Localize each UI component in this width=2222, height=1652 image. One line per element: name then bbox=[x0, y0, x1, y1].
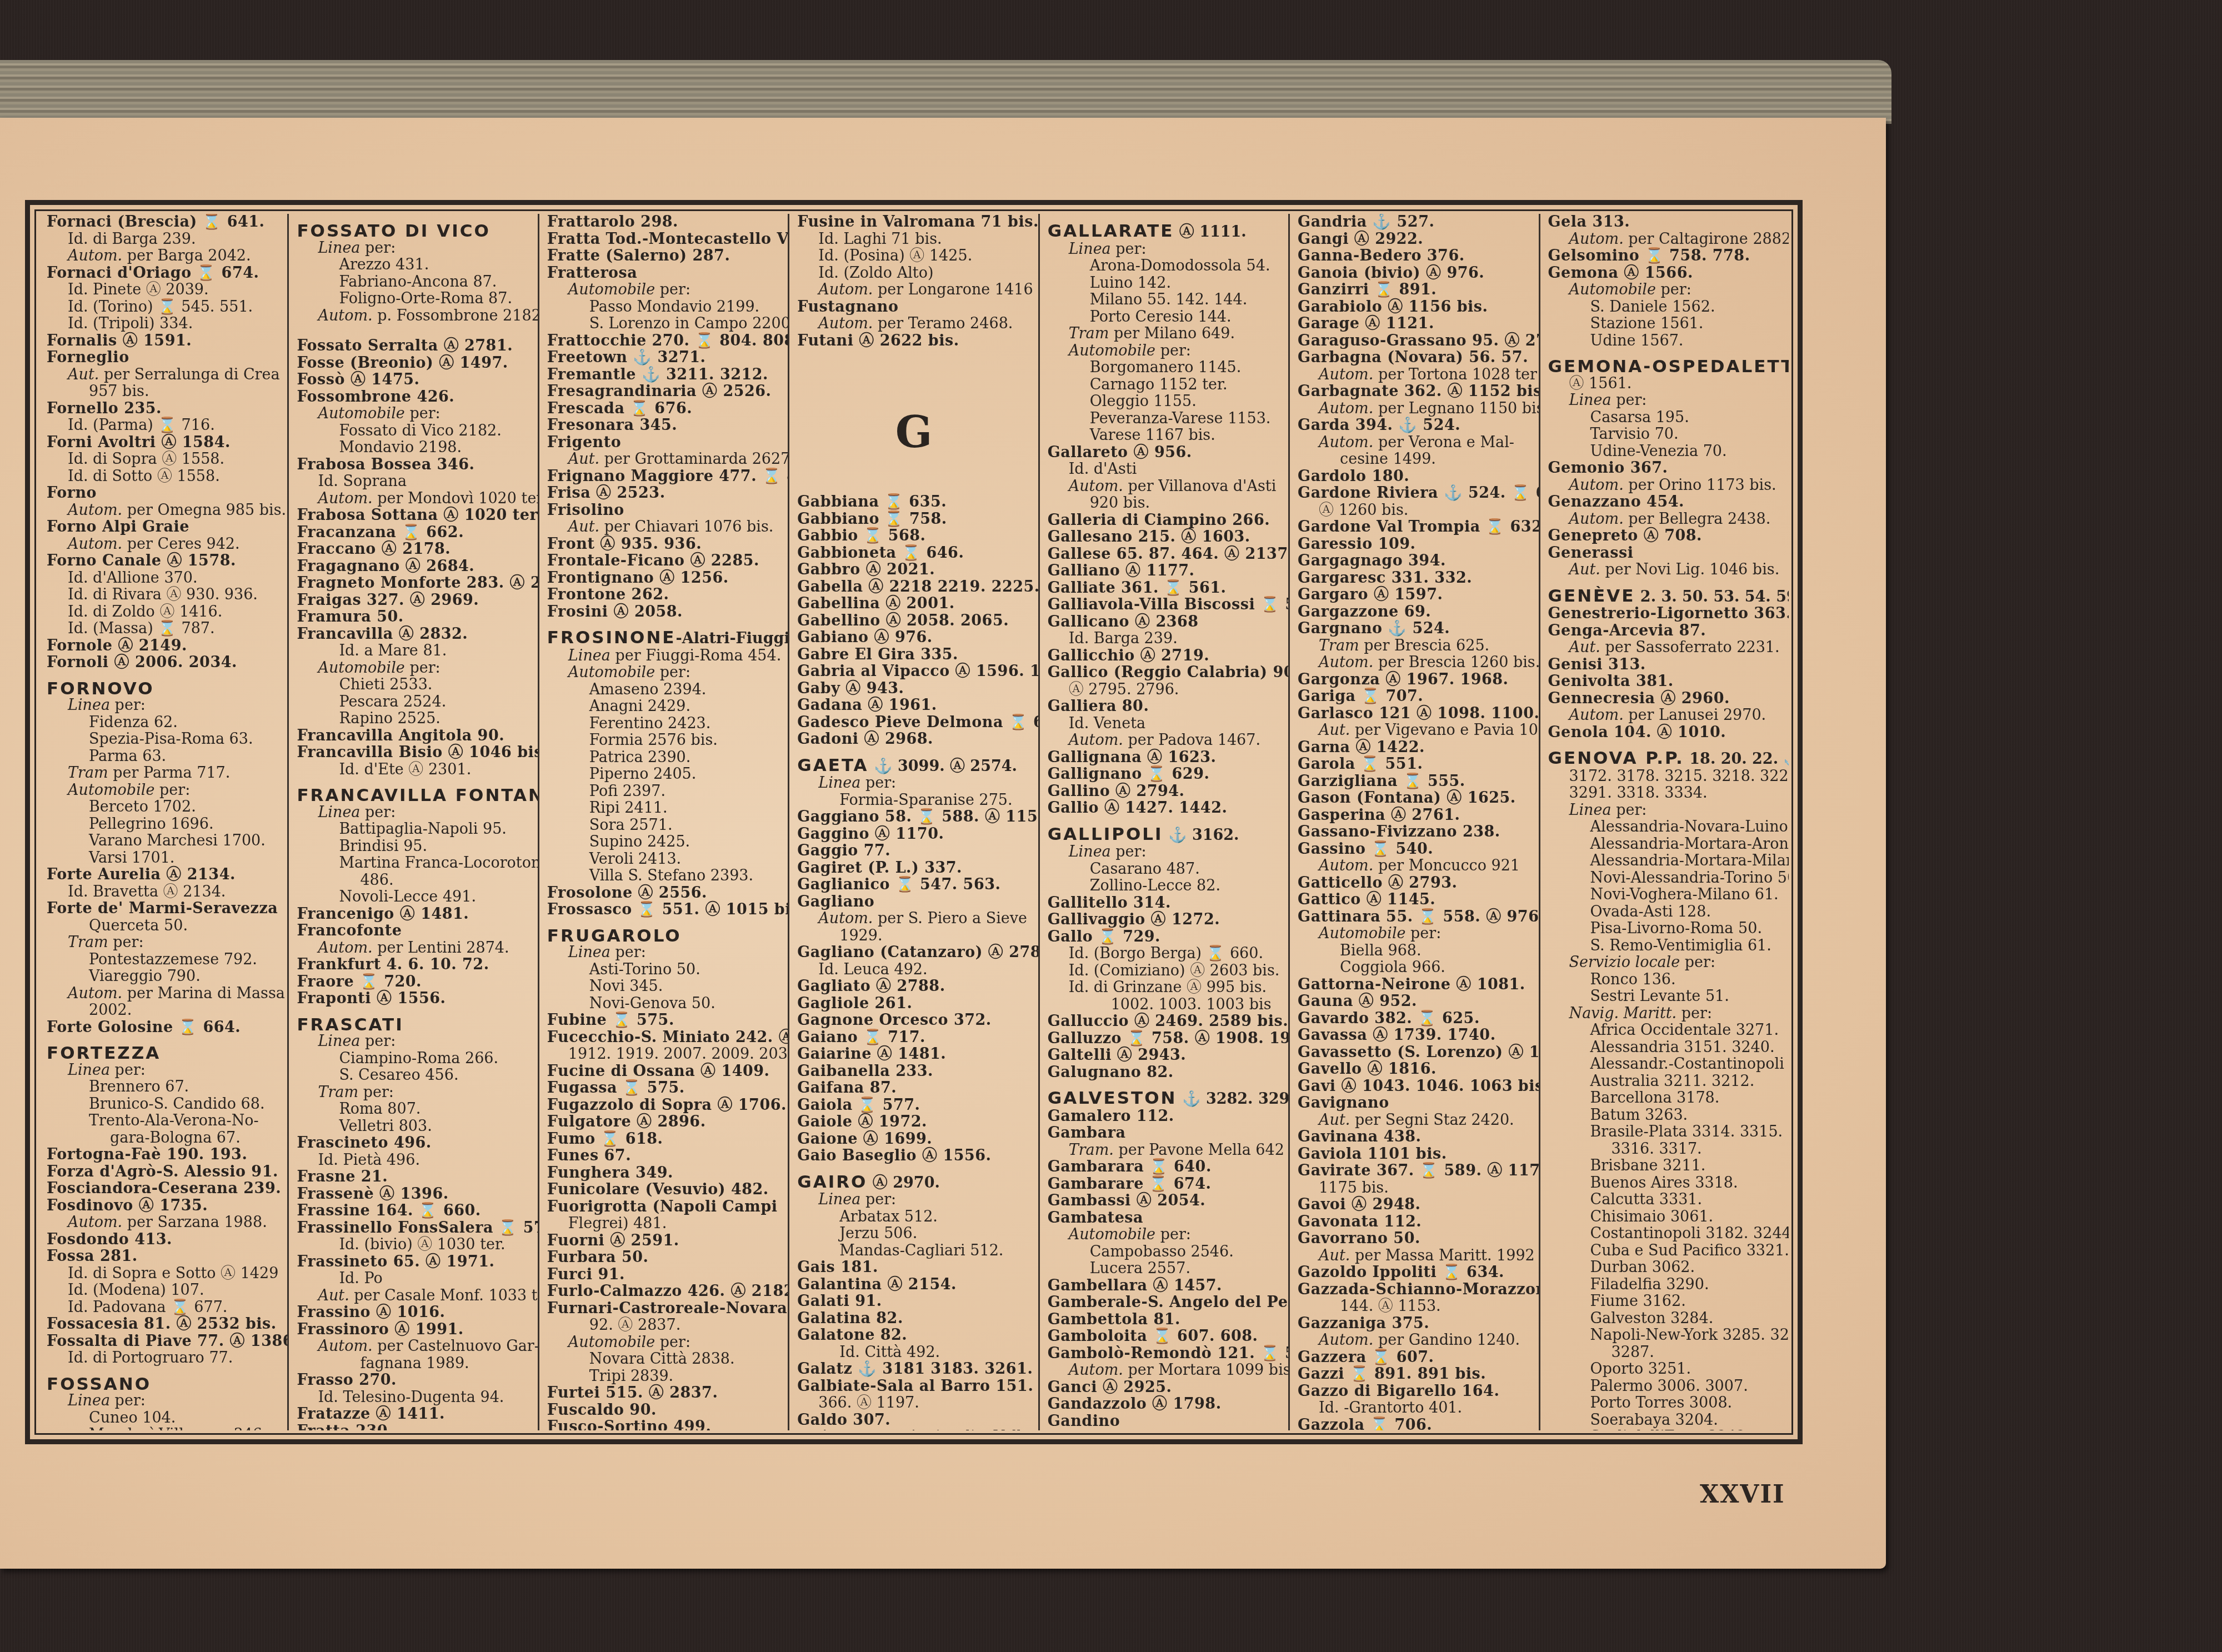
entry-text: Galbiate-Sala al Barro 151. bbox=[797, 1378, 1033, 1395]
service-line: Automobile per: bbox=[297, 406, 529, 423]
place-entry: Fossato Serralta Ⓐ 2781. bbox=[297, 338, 529, 355]
entry-text: Gambellara Ⓐ 1457. bbox=[1048, 1277, 1222, 1294]
entry-text: Galatone 82. bbox=[797, 1326, 907, 1344]
entry-text: Gallivaggio Ⓐ 1272. bbox=[1048, 911, 1220, 928]
entry-text: Fidenza 62. bbox=[89, 714, 178, 731]
entry-text: Zollino-Lecce 82. bbox=[1090, 877, 1220, 894]
place-entry: Frasso 270. bbox=[297, 1372, 529, 1389]
place-entry: Generassi bbox=[1548, 545, 1781, 562]
service-type: Autom. bbox=[1569, 477, 1624, 494]
entry-text: Gaifana 87. bbox=[797, 1079, 897, 1097]
place-entry: Gargaro Ⓐ 1597. bbox=[1298, 587, 1530, 604]
station-heading: GALLIPOLI ⚓ 3162. bbox=[1048, 826, 1280, 844]
heading-text: FOSSANO bbox=[47, 1374, 151, 1394]
place-entry: Fraore ⌛ 720. bbox=[297, 974, 529, 991]
service-line: Automobile per: bbox=[547, 282, 780, 299]
place-entry: Gadesco Pieve Delmona ⌛ 646. bbox=[797, 714, 1030, 732]
entry-text: per Orino 1173 bis. bbox=[1624, 477, 1776, 494]
service-type: Tram bbox=[1319, 637, 1359, 654]
service-line: Linea per: bbox=[547, 944, 780, 962]
entry-text: Gargaresc 331. 332. bbox=[1298, 569, 1472, 587]
route-entry: Novi-Genova 50. bbox=[547, 995, 780, 1013]
entry-text: Alessandria-Mortara-Milano 58 bbox=[1590, 852, 1789, 869]
heading-text: FORTEZZA bbox=[47, 1043, 161, 1063]
route-entry: Cuneo 104. bbox=[47, 1410, 279, 1427]
entry-text: Gavirate 367. ⌛ 589. Ⓐ 1175. bbox=[1298, 1162, 1540, 1179]
entry-text: Funes 67. bbox=[547, 1147, 631, 1164]
entry-text: Fraigas 327. Ⓐ 2969. bbox=[297, 592, 479, 609]
place-entry: Gaggino Ⓐ 1170. bbox=[797, 826, 1030, 843]
place-entry: Gabellina Ⓐ 2001. bbox=[797, 595, 1030, 613]
page-number: XXVII bbox=[1700, 1480, 1785, 1509]
entry-text: Fraore ⌛ 720. bbox=[297, 973, 422, 990]
entry-text: Gardone Riviera ⚓ 524. ⌛ 625. bbox=[1298, 484, 1540, 502]
sub-entry: Id. (Borgo Berga) ⌛ 660. bbox=[1048, 945, 1280, 963]
entry-text: 1912. 1919. 2007. 2009. 2039. bbox=[568, 1045, 789, 1063]
entry-text: Frattocchie 270. ⌛ 804. 808. bbox=[547, 332, 789, 349]
place-entry: Gargazzone 69. bbox=[1298, 604, 1530, 621]
service-type: Automobile bbox=[1069, 1226, 1155, 1243]
entry-text: Freetown ⚓ 3271. bbox=[547, 349, 706, 366]
place-entry: Francavilla Angitola 90. bbox=[297, 728, 529, 745]
place-entry: Fracanzana ⌛ 662. bbox=[297, 524, 529, 542]
entry-text: Tripi 2839. bbox=[589, 1368, 673, 1385]
route-entry: Scali dell'Egeo 3242. bbox=[1548, 1429, 1781, 1430]
entry-text: Querceta 50. bbox=[89, 917, 188, 934]
entry-text: Gambarare ⌛ 674. bbox=[1048, 1175, 1212, 1193]
entry-text: Fraccano Ⓐ 2178. bbox=[297, 540, 451, 558]
entry-text: per Fiuggi-Roma 454. bbox=[610, 647, 781, 664]
continuation-line: fagnana 1989. bbox=[297, 1355, 529, 1373]
entry-text: Gallignana Ⓐ 1623. bbox=[1048, 749, 1217, 766]
place-entry: Furtei 515. Ⓐ 2837. bbox=[547, 1385, 780, 1402]
route-entry: Mondovì-Villanova 346. bbox=[47, 1426, 279, 1430]
place-entry: Gabbioneta ⌛ 646. bbox=[797, 545, 1030, 562]
entry-text: Id. (Comiziano) Ⓐ 2603 bis. bbox=[1069, 962, 1280, 979]
entry-text: Garessio 109. bbox=[1298, 535, 1415, 553]
route-entry: Formia-Sparanise 275. bbox=[797, 792, 1030, 809]
place-entry: Fuorni Ⓐ 2591. bbox=[547, 1233, 780, 1250]
place-entry: Gardone Riviera ⚓ 524. ⌛ 625. bbox=[1298, 485, 1530, 502]
service-line: Aut. per Serralunga di Crea bbox=[47, 367, 279, 384]
entry-text: per Acciaroli e Vallo bbox=[873, 1428, 1030, 1430]
entry-text: per: bbox=[655, 1334, 690, 1351]
entry-text: fagnana 1989. bbox=[360, 1355, 469, 1372]
route-entry: Ronco 136. bbox=[1548, 972, 1781, 989]
entry-text: Alessandria-Mortara-Arona 56 bbox=[1590, 835, 1789, 853]
heading-text: GAETA bbox=[797, 755, 868, 775]
entry-text: Fornoli Ⓐ 2006. 2034. bbox=[47, 654, 237, 671]
route-entry: Pofi 2397. bbox=[547, 783, 780, 800]
entry-text: per: bbox=[360, 804, 396, 821]
entry-text: Id. (Parma) ⌛ 716. bbox=[68, 417, 215, 434]
entry-text: per Longarone 1416 bbox=[873, 281, 1033, 298]
entry-text: Gavardo 382. ⌛ 625. bbox=[1298, 1010, 1480, 1027]
heading-text: FRUGAROLO bbox=[547, 926, 682, 946]
entry-text: Id. (Torino) ⌛ 545. 551. bbox=[68, 298, 253, 316]
route-entry: Foligno-Orte-Roma 87. bbox=[297, 291, 529, 308]
route-entry: Fabriano-Ancona 87. bbox=[297, 274, 529, 291]
route-entry: Roma 807. bbox=[297, 1101, 529, 1118]
entry-text: Galantina Ⓐ 2154. bbox=[797, 1276, 957, 1293]
continuation-line: gara-Bologna 67. bbox=[47, 1130, 279, 1147]
entry-text: Arona-Domodossola 54. bbox=[1090, 257, 1270, 274]
place-entry: Gamalero 112. bbox=[1048, 1108, 1280, 1125]
sub-entry: Id. di Sopra e Sotto Ⓐ 1429 bbox=[47, 1265, 279, 1283]
entry-text: Genisi 313. bbox=[1548, 656, 1646, 673]
entry-text: Peveranza-Varese 1153. bbox=[1090, 410, 1271, 427]
sub-entry: Ⓐ 1561. bbox=[1548, 376, 1781, 393]
entry-text: Flegrei) 481. bbox=[568, 1215, 667, 1232]
place-entry: Garage Ⓐ 1121. bbox=[1298, 316, 1530, 333]
entry-text: Anagni 2429. bbox=[589, 698, 690, 715]
entry-text: Gattinara 55. ⌛ 558. Ⓐ 976 bis. bbox=[1298, 908, 1540, 925]
service-type: Linea bbox=[68, 1062, 110, 1079]
entry-text: Gattico Ⓐ 1145. bbox=[1298, 891, 1435, 908]
service-line: Autom. per Lentini 2874. bbox=[297, 940, 529, 957]
place-entry: Gabria al Vipacco Ⓐ 1596. 1600. bbox=[797, 663, 1030, 680]
place-entry: Frattarolo 298. bbox=[547, 214, 780, 231]
entry-text: Brennero 67. bbox=[89, 1078, 189, 1095]
place-entry: Gavinana 438. bbox=[1298, 1129, 1530, 1146]
route-entry: Zollino-Lecce 82. bbox=[1048, 878, 1280, 895]
place-entry: Gattico Ⓐ 1145. bbox=[1298, 892, 1530, 909]
entry-text: Id. (Borgo Berga) ⌛ 660. bbox=[1069, 945, 1263, 962]
place-entry: Fornalis Ⓐ 1591. bbox=[47, 333, 279, 350]
station-heading: FOSSANO bbox=[47, 1376, 279, 1393]
place-entry: Gamberale-S. Angelo del Pesco 471 bbox=[1048, 1294, 1280, 1311]
route-entry: Africa Occidentale 3271. bbox=[1548, 1022, 1781, 1039]
entry-text: Francavilla Bisio Ⓐ 1046 bis. bbox=[297, 744, 539, 761]
entry-text: Filadelfia 3290. bbox=[1590, 1276, 1709, 1293]
entry-text: Novi-Genova 50. bbox=[589, 995, 715, 1012]
entry-text: Ovada-Asti 128. bbox=[1590, 903, 1711, 920]
place-entry: Frontale-Ficano Ⓐ 2285. bbox=[547, 553, 780, 570]
place-entry: Fustagnano bbox=[797, 299, 1030, 316]
route-entry: Piperno 2405. bbox=[547, 766, 780, 783]
place-entry: Fossò Ⓐ 1475. bbox=[297, 372, 529, 389]
heading-refs: ⚓ 3099. Ⓐ 2574. bbox=[869, 758, 1017, 775]
station-heading: GEMONA-OSPEDALETTO bbox=[1548, 358, 1781, 376]
entry-text: Mondavio 2198. bbox=[339, 439, 462, 456]
entry-text: Fossacesia 81. Ⓐ 2532 bis. bbox=[47, 1315, 277, 1333]
entry-text: Id. d'Allione 370. bbox=[68, 569, 198, 587]
place-entry: Gandria ⚓ 527. bbox=[1298, 214, 1530, 231]
service-type: Servizio locale bbox=[1569, 954, 1680, 971]
entry-text: Gela 313. bbox=[1548, 214, 1630, 231]
entry-text: Gabbiano ⌛ 758. bbox=[797, 510, 947, 528]
route-entry: Soerabaya 3204. bbox=[1548, 1412, 1781, 1429]
service-line: Automobile per: bbox=[47, 782, 279, 799]
entry-text: Id. Città 492. bbox=[839, 1344, 940, 1361]
entry-text: Id. Pietà 496. bbox=[318, 1152, 420, 1169]
entry-text: Forte Golosine ⌛ 664. bbox=[47, 1019, 241, 1036]
entry-text: Fossombrone 426. bbox=[297, 388, 454, 406]
place-entry: Gadoni Ⓐ 2968. bbox=[797, 731, 1030, 748]
station-heading: FORTEZZA bbox=[47, 1045, 279, 1062]
place-entry: Framura 50. bbox=[297, 609, 529, 626]
service-type: Automobile bbox=[1069, 342, 1155, 359]
entry-text: Galluzzo ⌛ 758. Ⓐ 1908. 1909. bbox=[1048, 1030, 1290, 1047]
place-entry: Gavassetto (S. Lorenzo) Ⓐ 1737. bbox=[1298, 1044, 1530, 1062]
place-entry: Fraponti Ⓐ 1556. bbox=[297, 990, 529, 1008]
entry-text: Fraponti Ⓐ 1556. bbox=[297, 990, 446, 1007]
entry-text: Chisimaio 3061. bbox=[1590, 1208, 1714, 1225]
route-entry: Pisa-Livorno-Roma 50. bbox=[1548, 920, 1781, 938]
route-entry: Carnago 1152 ter. bbox=[1048, 377, 1280, 394]
service-line: Linea per: bbox=[47, 1393, 279, 1410]
entry-text: Casarano 487. bbox=[1090, 860, 1200, 878]
route-entry: Rapino 2525. bbox=[297, 710, 529, 728]
entry-text: per: bbox=[1680, 954, 1715, 971]
entry-text: per Gazzaniga 1240. bbox=[1100, 1429, 1262, 1430]
service-type: Aut. bbox=[1319, 1247, 1350, 1264]
place-entry: Gabbro Ⓐ 2021. bbox=[797, 562, 1030, 579]
place-entry: Genepreto Ⓐ 708. bbox=[1548, 528, 1781, 545]
entry-text: Frosini Ⓐ 2058. bbox=[547, 603, 683, 620]
entry-text: per Legnano 1150 bis. bbox=[1373, 400, 1540, 417]
place-entry: Gavardo 382. ⌛ 625. bbox=[1298, 1010, 1530, 1028]
entry-text: Front Ⓐ 935. 936. bbox=[547, 535, 702, 553]
entry-text: Supino 2425. bbox=[589, 833, 690, 850]
entry-text: per Sarzana 1988. bbox=[122, 1214, 267, 1231]
place-entry: Fortogna-Faè 190. 193. bbox=[47, 1147, 279, 1164]
entry-text: Gagiret (P. L.) 337. bbox=[797, 859, 962, 877]
entry-text: S. Remo-Ventimiglia 61. bbox=[1590, 937, 1771, 954]
entry-text: Id. -Grantorto 401. bbox=[1319, 1399, 1462, 1416]
route-entry: Pontestazzemese 792. bbox=[47, 952, 279, 969]
entry-text: Gabella Ⓐ 2218 2219. 2225. 2244. bbox=[797, 578, 1039, 595]
sub-entry: Id. Padovana ⌛ 677. bbox=[47, 1299, 279, 1316]
service-line: Autom. per Omegna 985 bis. bbox=[47, 502, 279, 519]
route-entry: cesine 1499. bbox=[1298, 451, 1530, 468]
entry-text: Id. Laghi 71 bis. bbox=[818, 231, 942, 248]
place-entry: Gavignano bbox=[1298, 1095, 1530, 1112]
service-type: Aut. bbox=[68, 366, 99, 383]
entry-text: Scali dell'Egeo 3242. bbox=[1590, 1428, 1751, 1430]
entry-text: Gambara bbox=[1048, 1124, 1126, 1142]
entry-text: Gargazzone 69. bbox=[1298, 603, 1431, 620]
route-entry: Fidenza 62. bbox=[47, 714, 279, 732]
entry-text: Fossato Serralta Ⓐ 2781. bbox=[297, 337, 513, 354]
place-entry: Frescada ⌛ 676. bbox=[547, 401, 780, 418]
sub-entry: Id. Soprana bbox=[297, 473, 529, 490]
entry-text: Frisa Ⓐ 2523. bbox=[547, 484, 665, 502]
route-entry: Anagni 2429. bbox=[547, 698, 780, 715]
entry-text: Genepreto Ⓐ 708. bbox=[1548, 527, 1702, 544]
service-type: Tram bbox=[68, 764, 108, 782]
route-entry: 144. Ⓐ 1153. bbox=[1298, 1298, 1530, 1315]
entry-text: per Castelnuovo Gar- bbox=[373, 1338, 539, 1355]
sub-entry: Ⓐ 2795. 2796. bbox=[1048, 682, 1280, 699]
route-entry: Id. a Mare 81. bbox=[297, 643, 529, 660]
entry-text: Frabosa Sottana Ⓐ 1020 ter. bbox=[297, 507, 539, 524]
place-entry: Fosciandora-Ceserana 239. bbox=[47, 1180, 279, 1198]
entry-text: Casarsa 195. bbox=[1590, 409, 1689, 426]
entry-text: Pescara 2524. bbox=[339, 693, 446, 710]
route-entry: Campobasso 2546. bbox=[1048, 1244, 1280, 1261]
entry-text: Fosdondo 413. bbox=[47, 1231, 172, 1248]
continuation-line: 486. bbox=[297, 872, 529, 889]
service-line: Linea per: bbox=[797, 775, 1030, 792]
entry-text: Gavoi Ⓐ 2948. bbox=[1298, 1196, 1420, 1213]
service-line: Autom. per Verona e Mal- bbox=[1298, 434, 1530, 452]
route-entry: Sestri Levante 51. bbox=[1548, 988, 1781, 1005]
place-entry: Ganna-Bedero 376. bbox=[1298, 248, 1530, 265]
place-entry: Gabellino Ⓐ 2058. 2065. bbox=[797, 613, 1030, 630]
route-entry: Oporto 3251. bbox=[1548, 1361, 1781, 1378]
entry-text: Francavilla Angitola 90. bbox=[297, 727, 504, 744]
entry-text: per Tortona 1028 ter bbox=[1373, 366, 1537, 383]
entry-text: Gabellino Ⓐ 2058. 2065. bbox=[797, 612, 1009, 629]
entry-text: Cuneo 104. bbox=[89, 1409, 176, 1426]
index-column-4: Fusine in Valromana 71 bis.Id. Laghi 71 … bbox=[789, 214, 1039, 1430]
route-entry: Amaseno 2394. bbox=[547, 682, 780, 699]
index-columns: Fornaci (Brescia) ⌛ 641.Id. di Barga 239… bbox=[39, 214, 1789, 1430]
entry-text: per: bbox=[655, 281, 690, 298]
place-entry: Gallignano ⌛ 629. bbox=[1048, 766, 1280, 783]
place-entry: Gaggio 77. bbox=[797, 843, 1030, 860]
entry-text: Cuba e Sud Pacifico 3321. bbox=[1590, 1242, 1789, 1259]
service-type: Linea bbox=[68, 697, 110, 714]
entry-text: Id. Pinete Ⓐ 2039. bbox=[68, 281, 209, 298]
service-line: Automobile per: bbox=[1298, 925, 1530, 943]
service-line: Automobile per: bbox=[547, 664, 780, 682]
place-entry: Gelsomino ⌛ 758. 778. bbox=[1548, 248, 1781, 265]
entry-text: Gandria ⚓ 527. bbox=[1298, 214, 1434, 231]
place-entry: Galati 91. bbox=[797, 1293, 1030, 1310]
place-entry: Gassano-Fivizzano 238. bbox=[1298, 824, 1530, 841]
place-entry: Gavirate 367. ⌛ 589. Ⓐ 1175. bbox=[1298, 1163, 1530, 1180]
entry-text: Frossasco ⌛ 551. Ⓐ 1015 bis. bbox=[547, 901, 789, 918]
service-line: Autom. per Legnano 1150 bis. bbox=[1298, 401, 1530, 418]
sub-entry: Id. d'Allione 370. bbox=[47, 570, 279, 587]
place-entry: Gallitello 314. bbox=[1048, 895, 1280, 912]
route-entry: Ferentino 2423. bbox=[547, 715, 780, 733]
route-entry: Filadelfia 3290. bbox=[1548, 1276, 1781, 1294]
service-line: Servizio locale per: bbox=[1548, 954, 1781, 972]
station-heading: GALLARATE Ⓐ 1111. bbox=[1048, 223, 1280, 241]
entry-text: Gallio Ⓐ 1427. 1442. bbox=[1048, 799, 1228, 817]
entry-text: Stazione 1561. bbox=[1590, 315, 1704, 332]
service-line: Autom. per Teramo 2468. bbox=[797, 316, 1030, 333]
route-entry: Patrica 2390. bbox=[547, 749, 780, 767]
service-line: Linea per: bbox=[1048, 241, 1280, 258]
entry-text: per: bbox=[610, 944, 646, 961]
service-line: Aut. per Segni Staz 2420. bbox=[1298, 1112, 1530, 1129]
place-entry: Garlasco 121 Ⓐ 1098. 1100. 1101. 1110 bbox=[1298, 705, 1530, 723]
entry-text: Furbara 50. bbox=[547, 1249, 649, 1266]
entry-text: per Marina di Massa bbox=[122, 985, 285, 1002]
entry-text: Ⓐ 2795. 2796. bbox=[1069, 681, 1179, 698]
place-entry: Frassinoro Ⓐ 1991. bbox=[297, 1321, 529, 1339]
entry-text: Garaguso-Grassano 95. Ⓐ 2705 bbox=[1298, 332, 1540, 349]
service-type: Autom. bbox=[318, 490, 372, 507]
entry-text: Buenos Aires 3318. bbox=[1590, 1174, 1738, 1192]
sub-entry: Id. -Grantorto 401. bbox=[1298, 1400, 1530, 1417]
place-entry: Gamboloita ⌛ 607. 608. bbox=[1048, 1328, 1280, 1345]
entry-text: Galatz ⚓ 3181 3183. 3261. bbox=[797, 1360, 1033, 1378]
entry-text: Battipaglia-Napoli 95. bbox=[339, 820, 506, 838]
route-entry: Arbatax 512. bbox=[797, 1209, 1030, 1226]
route-entry: Passo Mondavio 2199. bbox=[547, 299, 780, 316]
service-line: Autom. per Barga 2042. bbox=[47, 248, 279, 265]
entry-text: per: bbox=[1612, 802, 1647, 819]
entry-text: 1175 bis. bbox=[1319, 1179, 1389, 1197]
entry-text: Gabbiana ⌛ 635. bbox=[797, 493, 947, 510]
route-entry: Supino 2425. bbox=[547, 834, 780, 851]
entry-text: Alessandria 3151. 3240. bbox=[1590, 1039, 1775, 1056]
entry-text: Carnago 1152 ter. bbox=[1090, 376, 1228, 393]
place-entry: Gaifana 87. bbox=[797, 1080, 1030, 1097]
entry-text: Brunico-S. Candido 68. bbox=[89, 1095, 265, 1113]
entry-text: per Brescia 1260 bis. bbox=[1373, 654, 1540, 671]
place-entry: Fraccano Ⓐ 2178. bbox=[297, 541, 529, 558]
service-type: Automobile bbox=[318, 659, 404, 677]
route-entry: Oleggio 1155. bbox=[1048, 393, 1280, 411]
route-entry: Palermo 3006. 3007. bbox=[1548, 1378, 1781, 1395]
entry-text: Fosse (Breonio) Ⓐ 1497. bbox=[297, 354, 508, 372]
entry-text: Gasperina Ⓐ 2761. bbox=[1298, 807, 1460, 824]
entry-text: 92. Ⓐ 2837. bbox=[589, 1316, 680, 1334]
entry-text: 3316. 3317. bbox=[1612, 1140, 1702, 1158]
place-entry: Fosdinovo Ⓐ 1735. bbox=[47, 1198, 279, 1215]
service-line: Automobile per: bbox=[1048, 1227, 1280, 1244]
entry-text: per Lentini 2874. bbox=[373, 939, 509, 957]
entry-text: per Massa Maritt. 1992 bbox=[1350, 1247, 1534, 1264]
route-entry: Ovada-Asti 128. bbox=[1548, 904, 1781, 921]
entry-text: Gagliano (Catanzaro) Ⓐ 2782 bis bbox=[797, 944, 1039, 961]
entry-text: Forza d'Agrò-S. Alessio 91. bbox=[47, 1163, 278, 1180]
entry-text: Luino 142. bbox=[1090, 274, 1171, 292]
entry-text: Futani Ⓐ 2622 bis. bbox=[797, 332, 959, 349]
entry-text: Brindisi 95. bbox=[339, 838, 427, 855]
entry-text: per: bbox=[1111, 843, 1147, 860]
place-entry: Fossalta di Piave 77. Ⓐ 1386. bbox=[47, 1333, 279, 1350]
sub-entry: Flegrei) 481. bbox=[547, 1215, 780, 1233]
entry-text: per: bbox=[1111, 241, 1147, 258]
entry-text: Forte de' Marmi-Seravezza bbox=[47, 900, 278, 917]
place-entry: Fresonara 345. bbox=[547, 417, 780, 434]
station-heading: FORNOVO bbox=[47, 680, 279, 698]
route-entry: Jerzu 506. bbox=[797, 1225, 1030, 1243]
entry-text: Gaglianico ⌛ 547. 563. bbox=[797, 876, 1000, 893]
entry-text: Frassinoro Ⓐ 1991. bbox=[297, 1321, 463, 1338]
heading-text: FRANCAVILLA FONTANA bbox=[297, 785, 539, 805]
route-entry: Barcellona 3178. bbox=[1548, 1090, 1781, 1107]
service-type: Linea bbox=[568, 647, 610, 664]
service-line: Autom. per Tortona 1028 ter bbox=[1298, 367, 1530, 384]
entry-text: Barcellona 3178. bbox=[1590, 1089, 1720, 1107]
service-line: Linea per: bbox=[47, 1062, 279, 1079]
place-entry: Gaiano ⌛ 717. bbox=[797, 1029, 1030, 1047]
heading-text: GALLIPOLI bbox=[1048, 824, 1163, 844]
entry-text: Garzigliana ⌛ 555. bbox=[1298, 773, 1465, 790]
entry-text: Alessandria-Novara-Luino 57. bbox=[1590, 818, 1789, 835]
service-type: Autom. bbox=[818, 1428, 873, 1430]
heading-text: FOSSATO DI VICO bbox=[297, 221, 490, 241]
entry-text: Fresonara 345. bbox=[547, 417, 677, 434]
entry-text: per Bellegra 2438. bbox=[1624, 510, 1771, 528]
place-entry: Frosini Ⓐ 2058. bbox=[547, 604, 780, 621]
heading-text: GALLARATE bbox=[1048, 221, 1174, 241]
route-entry: Buenos Aires 3318. bbox=[1548, 1175, 1781, 1192]
route-entry: S. Daniele 1562. bbox=[1548, 299, 1781, 316]
station-heading: GENOVA P.P. 18. 20. 22. ⚓ 3161. bbox=[1548, 750, 1781, 768]
place-entry: Gais 181. bbox=[797, 1259, 1030, 1276]
entry-text: Galleria di Ciampino 266. bbox=[1048, 512, 1270, 529]
route-entry: Lucera 2557. bbox=[1048, 1260, 1280, 1278]
